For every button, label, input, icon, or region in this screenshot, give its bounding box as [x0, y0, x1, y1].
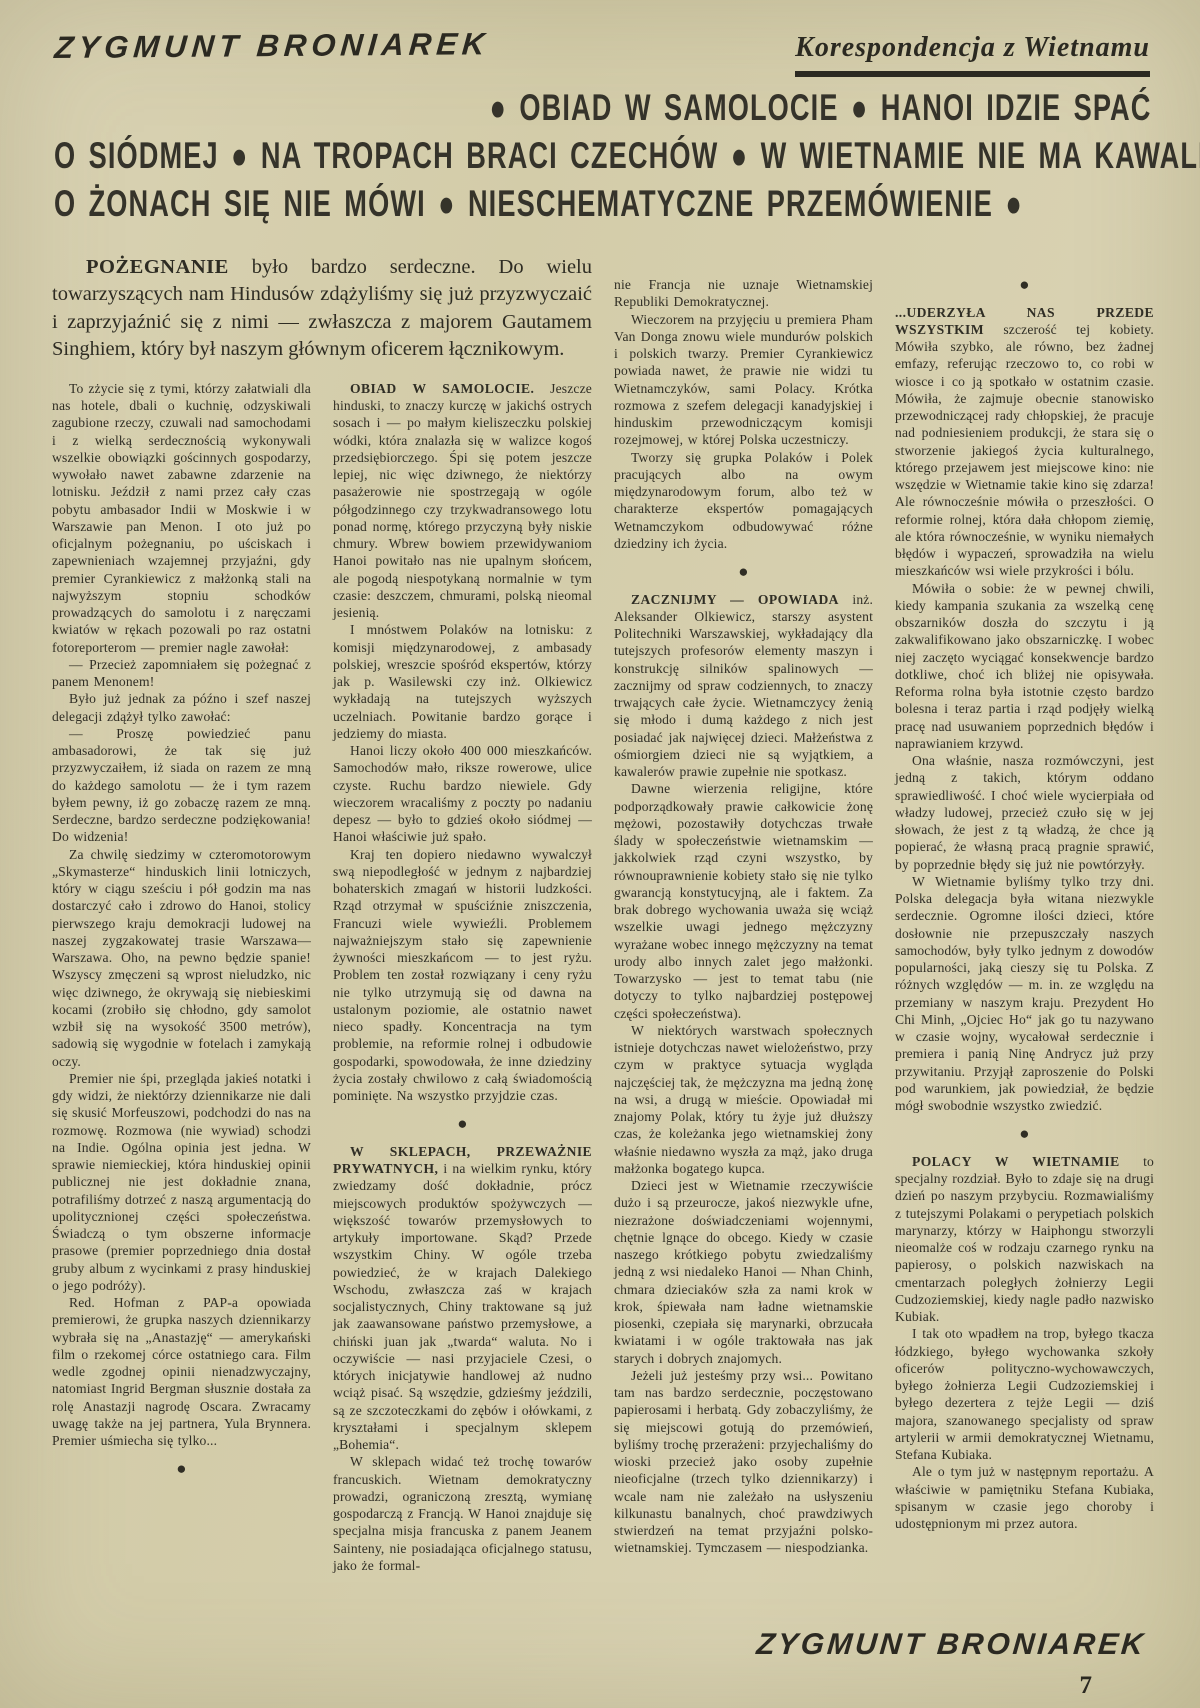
paragraph: Red. Hofman z PAP-a opowiada premierowi,… — [52, 1294, 311, 1449]
section-divider-bullet: ● — [895, 254, 1154, 304]
newspaper-page: ZYGMUNT BRONIAREK Korespondencja z Wietn… — [0, 0, 1200, 1708]
column-2: OBIAD W SAMOLOCIE. Jeszcze hinduski, to … — [333, 380, 592, 1648]
headline-line-2: O SIÓDMEJ ● NA TROPACH BRACI CZECHÓW ● W… — [54, 132, 1152, 180]
paragraph: Tworzy się grupka Polaków i Polek pracuj… — [614, 449, 873, 553]
section-text: Jeszcze hinduski, to znaczy kurczę w jak… — [333, 381, 592, 620]
paragraph: Wieczorem na przyjęciu u premiera Pham V… — [614, 311, 873, 449]
paragraph: Ona właśnie, nasza rozmówczyni, jest jed… — [895, 752, 1154, 873]
column-3: nie Francja nie uznaje Wietnamskiej Repu… — [614, 254, 873, 1648]
section-heading: ZACZNIJMY — OPOWIADA — [631, 592, 839, 607]
section-divider-bullet: ● — [52, 1449, 311, 1488]
section-text: i na wielkim rynku, który zwiedzamy dość… — [333, 1161, 592, 1452]
paragraph: Było już jednak za późno i szef naszej d… — [52, 690, 311, 725]
author-signature: ZYGMUNT BRONIAREK — [755, 1628, 1147, 1662]
column-1: To zżycie się z tymi, którzy załatwiali … — [52, 380, 311, 1648]
section-divider-bullet: ● — [614, 552, 873, 591]
lede-paragraph: POŻEGNANIE było bardzo serdeczne. Do wie… — [52, 254, 592, 364]
paragraph: nie Francja nie uznaje Wietnamskiej Repu… — [614, 276, 873, 311]
paragraph: Hanoi liczy około 400 000 mieszkańców. S… — [333, 742, 592, 846]
paragraph: W sklepach widać też trochę towarów fran… — [333, 1453, 592, 1574]
paragraph: Dawne wierzenia religijne, które podporz… — [614, 780, 873, 1022]
paragraph: W SKLEPACH, PRZEWAŻNIE PRYWATNYCH, i na … — [333, 1143, 592, 1454]
paragraph: OBIAD W SAMOLOCIE. Jeszcze hinduski, to … — [333, 380, 592, 622]
headline-block: ● OBIAD W SAMOLOCIE ● HANOI IDZIE SPAĆ O… — [54, 84, 1152, 228]
paragraph: Ale o tym już w następnym reportażu. A w… — [895, 1463, 1154, 1532]
column-4: ● ...UDERZYŁA NAS PRZEDE WSZYSTKIM szcze… — [895, 254, 1154, 1648]
section-text: inż. Aleksander Olkiewicz, starszy asyst… — [614, 592, 873, 780]
section-divider-bullet: ● — [333, 1104, 592, 1143]
headline-line-3: O ŻONACH SIĘ NIE MÓWI ● NIESCHEMATYCZNE … — [54, 180, 1152, 228]
paragraph: POLACY W WIETNAMIE to specjalny rozdział… — [895, 1153, 1154, 1326]
page-number: 7 — [1080, 1672, 1093, 1700]
paragraph: Premier nie śpi, przegląda jakieś notatk… — [52, 1070, 311, 1294]
paragraph: Za chwilę siedzimy w czteromotorowym „Sk… — [52, 846, 311, 1070]
paragraph: ...UDERZYŁA NAS PRZEDE WSZYSTKIM szczero… — [895, 304, 1154, 580]
paragraph: W niektórych warstwach społecznych istni… — [614, 1022, 873, 1177]
section-heading: POLACY W WIETNAMIE — [912, 1154, 1120, 1169]
section-divider-bullet: ● — [895, 1114, 1154, 1153]
author-byline: ZYGMUNT BRONIAREK — [53, 26, 491, 66]
section-text: szczerość tej kobiety. Mówiła szybko, al… — [895, 322, 1154, 579]
section-text: to specjalny rozdział. Było to zdaje się… — [895, 1154, 1154, 1324]
paragraph: W Wietnamie byliśmy tylko trzy dni. Pols… — [895, 873, 1154, 1115]
paragraph: Dzieci jest w Wietnamie rzeczywiście duż… — [614, 1177, 873, 1367]
paragraph: — Proszę powiedzieć panu ambasadorowi, ż… — [52, 725, 311, 846]
article-body: POŻEGNANIE było bardzo serdeczne. Do wie… — [52, 254, 1154, 1648]
headline-line-1: ● OBIAD W SAMOLOCIE ● HANOI IDZIE SPAĆ — [54, 84, 1152, 132]
paragraph: I tak oto wpadłem na trop, byłego tkacza… — [895, 1325, 1154, 1463]
lede-head: POŻEGNANIE — [86, 256, 229, 278]
paragraph: Kraj ten dopiero niedawno wywalczył swą … — [333, 846, 592, 1105]
paragraph: ZACZNIJMY — OPOWIADA inż. Aleksander Olk… — [614, 591, 873, 781]
section-heading: OBIAD W SAMOLOCIE. — [350, 381, 534, 396]
column-masthead: Korespondencja z Wietnamu — [795, 32, 1150, 77]
paragraph: — Przecież zapomniałem się pożegnać z pa… — [52, 656, 311, 691]
paragraph: I mnóstwem Polaków na lotnisku: z komisj… — [333, 621, 592, 742]
paragraph: Mówiła o sobie: że w pewnej chwili, kied… — [895, 580, 1154, 753]
paragraph: To zżycie się z tymi, którzy załatwiali … — [52, 380, 311, 656]
paragraph: Jeżeli już jesteśmy przy wsi... Powitano… — [614, 1367, 873, 1557]
